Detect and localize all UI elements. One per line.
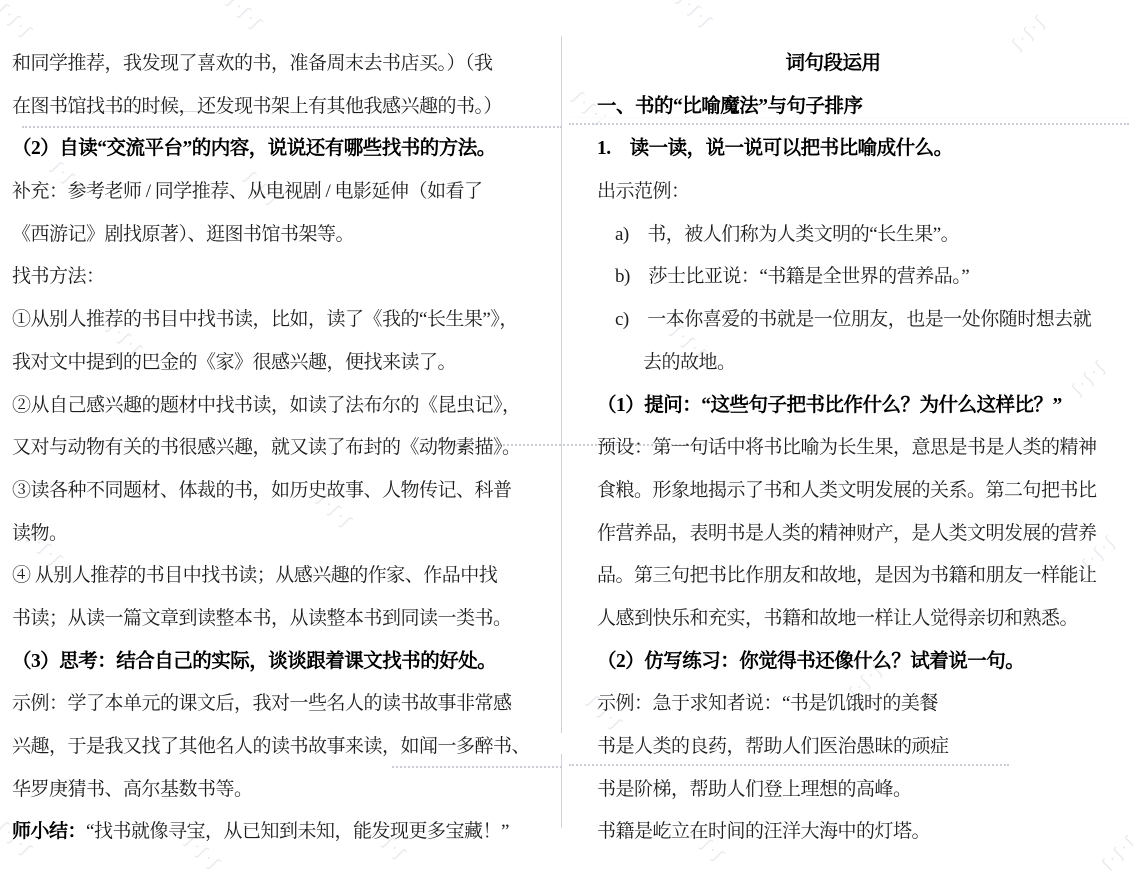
heading-line: （2）仿写练习：你觉得书还像什么？试着说一句。 [597, 641, 1133, 684]
text-line: a) 书，被人们称为人类文明的“长生果”。 [597, 214, 1133, 257]
text-line: 《西游记》剧找原著）、逛图书馆书架等。 [12, 214, 564, 257]
text-line: 预设：第一句话中将书比喻为长生果，意思是书是人类的精神 [597, 427, 1133, 470]
heading-line: 1. 读一读，说一说可以把书比喻成什么。 [597, 128, 1133, 171]
right-page-text-column: 词句段运用一、书的“比喻魔法”与句子排序1. 读一读，说一说可以把书比喻成什么。… [597, 43, 1133, 854]
text-line: 又对与动物有关的书很感兴趣，就又读了布封的《动物素描》。 [12, 427, 564, 470]
text-line: 书是人类的良药，帮助人们医治愚昧的顽症 [597, 726, 1133, 769]
text-line: 品。第三句把书比作朋友和故地，是因为书籍和朋友一样能让 [597, 555, 1133, 598]
text-line: 人感到快乐和充实，书籍和故地一样让人觉得亲切和熟悉。 [597, 598, 1133, 641]
text-line: 我对文中提到的巴金的《家》很感兴趣，便找来读了。 [12, 342, 564, 385]
text-line: b) 莎士比亚说：“书籍是全世界的营养品。” [597, 256, 1133, 299]
text-line: 读物。 [12, 513, 564, 556]
text-line: 书读；从读一篇文章到读整本书，从读整本书到同读一类书。 [12, 598, 564, 641]
text-line: 书籍是屹立在时间的汪洋大海中的灯塔。 [597, 811, 1133, 854]
text-line: 找书方法： [12, 256, 564, 299]
text-line: ①从别人推荐的书目中找书读，比如，读了《我的“长生果”》， [12, 299, 564, 342]
heading-line: （2）自读“交流平台”的内容，说说还有哪些找书的方法。 [12, 128, 564, 171]
text-line: ③读各种不同题材、体裁的书，如历史故事、人物传记、科普 [12, 470, 564, 513]
document-spread: { "document": { "left_column": { "lines"… [0, 0, 1133, 871]
heading-line: （1）提问：“这些句子把书比作什么？为什么这样比？” [597, 385, 1133, 428]
text-line: 食粮。形象地揭示了书和人类文明发展的关系。第二句把书比 [597, 470, 1133, 513]
text-line: ②从自己感兴趣的题材中找书读，如读了法布尔的《昆虫记》， [12, 385, 564, 428]
watermark-curl-icon: ʃ·ʃ·ʃ [225, 0, 268, 35]
text-line: c) 一本你喜爱的书就是一位朋友，也是一处你随时想去就 [597, 299, 1133, 342]
heading-line: 一、书的“比喻魔法”与句子排序 [597, 86, 1133, 129]
left-page-text-column: 和同学推荐，我发现了喜欢的书，准备周末去书店买。）（我在图书馆找书的时候，还发现… [12, 43, 564, 854]
watermark-curl-icon: ʃ·ʃ·ʃ [0, 0, 37, 43]
heading-line: （3）思考：结合自己的实际，谈谈跟着课文找书的好处。 [12, 641, 564, 684]
text-line: 师小结：“找书就像寻宝，从已知到未知，能发现更多宝藏！” [12, 811, 564, 854]
text-line: ④ 从别人推荐的书目中找书读；从感兴趣的作家、作品中找 [12, 555, 564, 598]
text-line: 作营养品，表明书是人类的精神财产，是人类文明发展的营养 [597, 513, 1133, 556]
text-line: 去的故地。 [597, 342, 1133, 385]
text-line: 和同学推荐，我发现了喜欢的书，准备周末去书店买。）（我 [12, 43, 564, 86]
text-line: 示例：学了本单元的课文后，我对一些名人的读书故事非常感 [12, 683, 564, 726]
text-line: 书是阶梯，帮助人们登上理想的高峰。 [597, 769, 1133, 812]
text-line: 在图书馆找书的时候，还发现书架上有其他我感兴趣的书。） [12, 86, 564, 129]
heading-line: 词句段运用 [597, 43, 1133, 86]
text-line: 兴趣，于是我又找了其他名人的读书故事来读，如闻一多醉书、 [12, 726, 564, 769]
text-line: 示例：急于求知者说：“书是饥饿时的美餐 [597, 683, 1133, 726]
text-line: 出示范例： [597, 171, 1133, 214]
text-line: 华罗庚猜书、高尔基数书等。 [12, 769, 564, 812]
watermark-curl-icon: ʃ·ʃ·ʃ [675, 0, 718, 33]
text-line: 补充：参考老师 / 同学推荐、从电视剧 / 电影延伸（如看了 [12, 171, 564, 214]
